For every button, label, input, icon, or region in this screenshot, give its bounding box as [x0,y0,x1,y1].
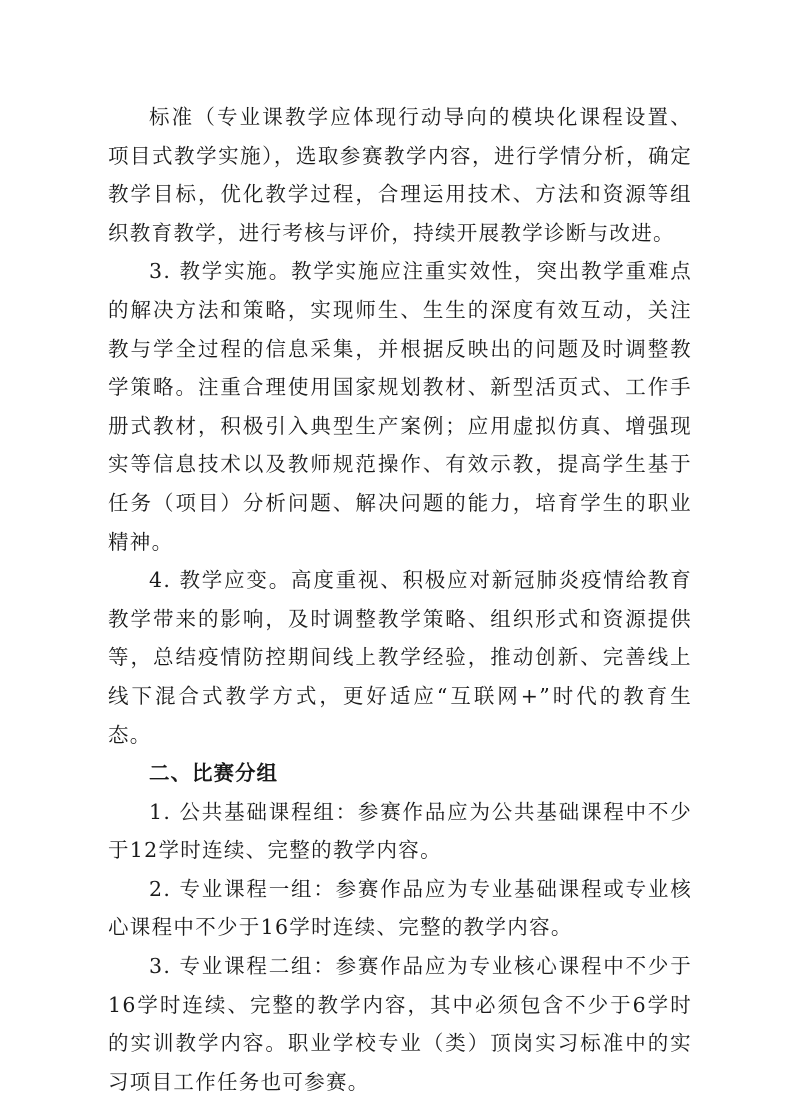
paragraph-public-basic-course-group: 1. 公共基础课程组：参赛作品应为公共基础课程中不少于12学时连续、完整的教学内… [108,793,692,870]
paragraph-teaching-implementation: 3. 教学实施。教学实施应注重实效性，突出教学重难点的解决方法和策略，实现师生、… [108,252,692,561]
paragraph-professional-course-group-one: 2. 专业课程一组：参赛作品应为专业基础课程或专业核心课程中不少于16学时连续、… [108,870,692,947]
paragraph-teaching-adaptation: 4. 教学应变。高度重视、积极应对新冠肺炎疫情给教育教学带来的影响，及时调整教学… [108,561,692,754]
document-page: 标准（专业课教学应体现行动导向的模块化课程设置、项目式教学实施），选取参赛教学内… [108,98,692,1101]
paragraph-teaching-design-continued: 标准（专业课教学应体现行动导向的模块化课程设置、项目式教学实施），选取参赛教学内… [108,98,692,252]
paragraph-professional-course-group-two: 3. 专业课程二组：参赛作品应为专业核心课程中不少于16学时连续、完整的教学内容… [108,947,692,1101]
section-heading-competition-groups: 二、比赛分组 [108,754,692,793]
